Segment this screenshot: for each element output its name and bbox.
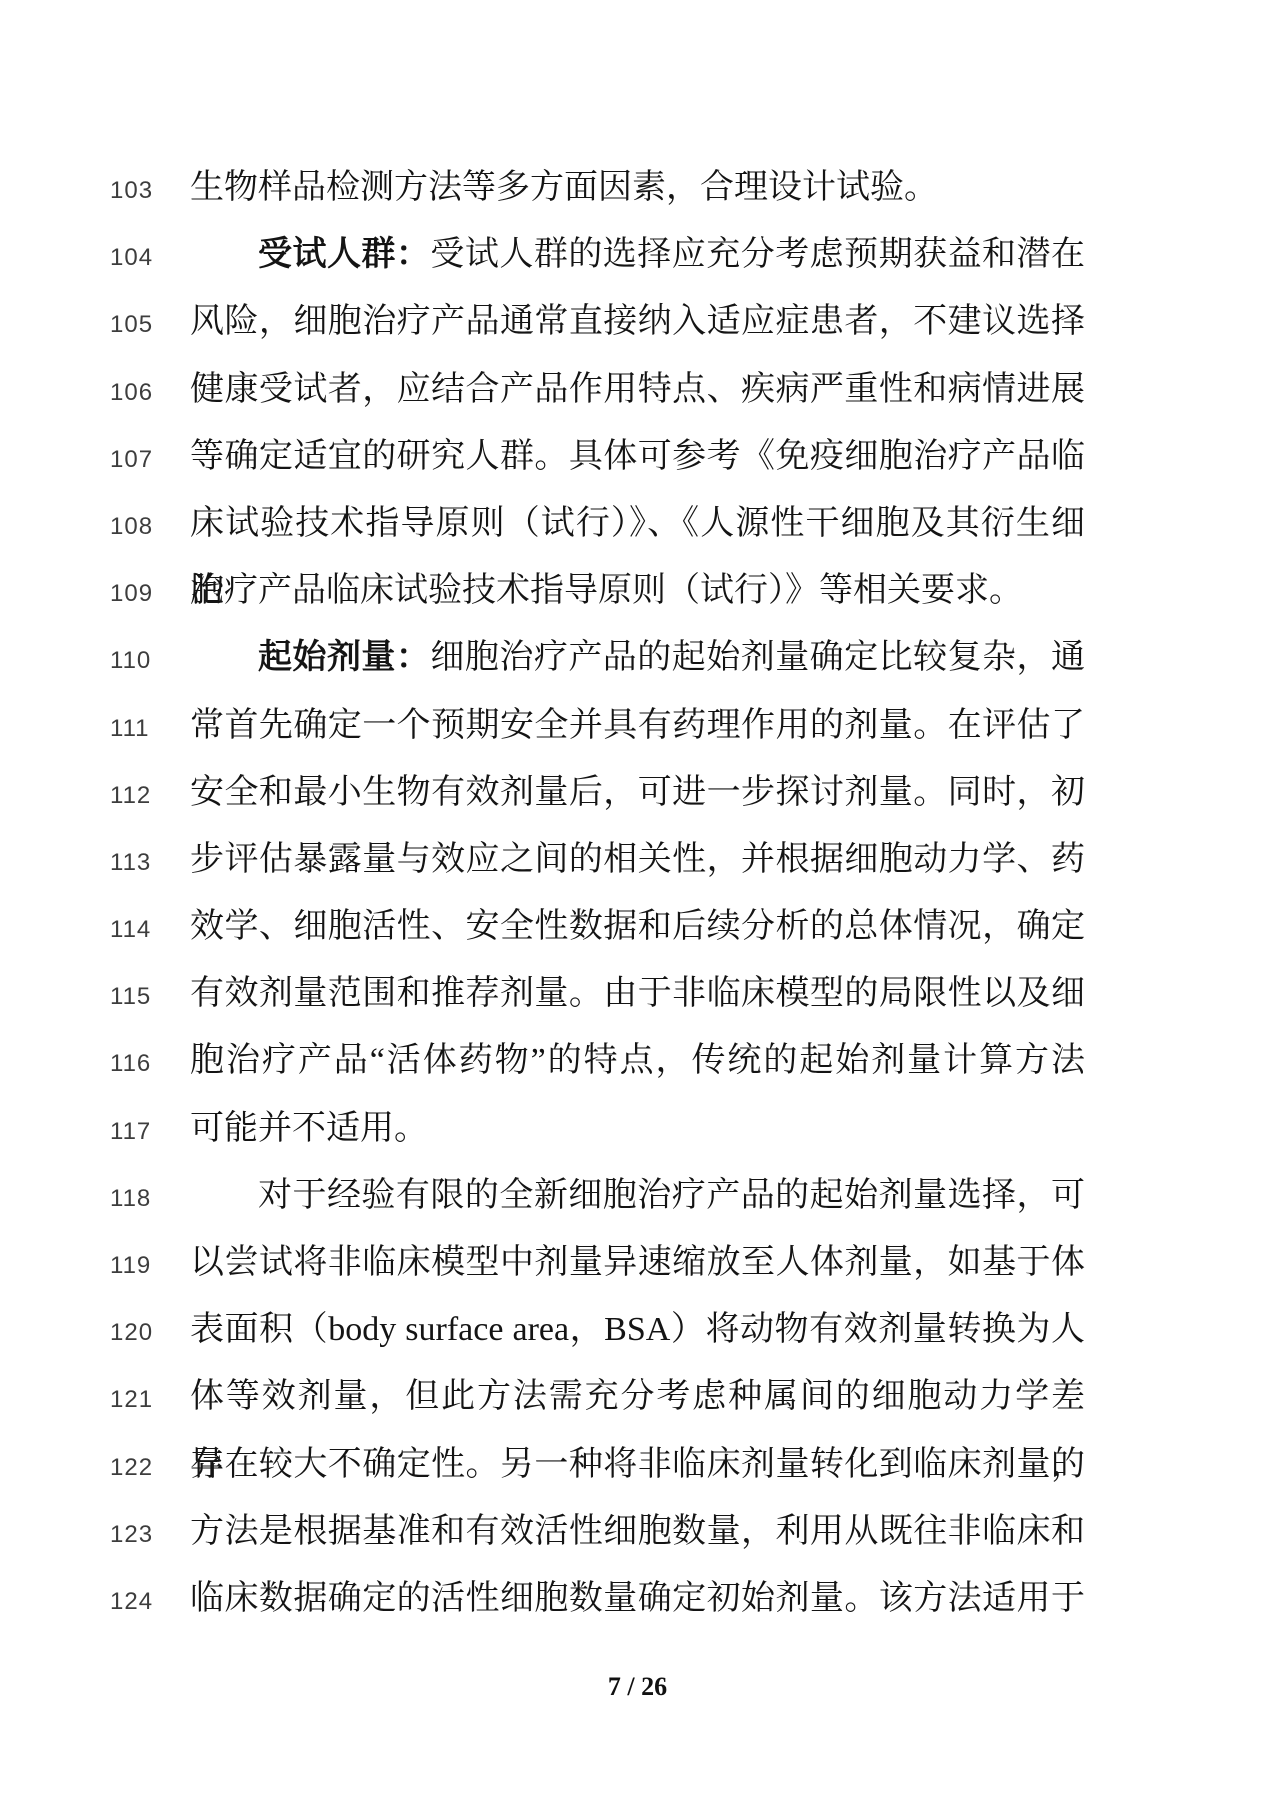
page-number-footer: 7 / 26 (190, 1672, 1085, 1702)
line-number: 104 (110, 224, 190, 291)
line-row: 117可能并不适用。 (110, 1095, 1170, 1162)
line-number: 119 (110, 1232, 190, 1299)
line-row: 114效学、细胞活性、安全性数据和后续分析的总体情况，确定 (110, 893, 1170, 960)
line-text: 方法是根据基准和有效活性细胞数量，利用从既往非临床和 (190, 1498, 1085, 1565)
line-number: 107 (110, 426, 190, 493)
line-text: 可能并不适用。 (190, 1095, 1085, 1162)
line-text-content: 临床数据确定的活性细胞数量确定初始剂量。该方法适用于 (190, 1580, 1085, 1617)
line-text-content: 细胞治疗产品的起始剂量确定比较复杂，通 (430, 639, 1085, 676)
line-text-content: 以尝试将非临床模型中剂量异速缩放至人体剂量，如基于体 (190, 1244, 1085, 1281)
line-text: 安全和最小生物有效剂量后，可进一步探讨剂量。同时，初 (190, 759, 1085, 826)
term-bold: 起始剂量： (258, 639, 430, 676)
line-number: 105 (110, 291, 190, 358)
line-number: 113 (110, 829, 190, 896)
line-text: 表面积（body surface area，BSA）将动物有效剂量转换为人 (190, 1296, 1085, 1363)
line-text-content: 存在较大不确定性。另一种将非临床剂量转化到临床剂量的 (190, 1446, 1085, 1483)
line-number: 103 (110, 157, 190, 224)
line-text-content: 胞治疗产品“活体药物”的特点，传统的起始剂量计算方法 (190, 1042, 1085, 1079)
line-row: 116胞治疗产品“活体药物”的特点，传统的起始剂量计算方法 (110, 1027, 1170, 1094)
line-text-content: 生物样品检测方法等多方面因素，合理设计试验。 (190, 169, 938, 206)
line-row: 115有效剂量范围和推荐剂量。由于非临床模型的局限性以及细 (110, 960, 1170, 1027)
line-row: 120表面积（body surface area，BSA）将动物有效剂量转换为人 (110, 1296, 1170, 1363)
line-text: 以尝试将非临床模型中剂量异速缩放至人体剂量，如基于体 (190, 1229, 1085, 1296)
line-row: 118对于经验有限的全新细胞治疗产品的起始剂量选择，可 (110, 1162, 1170, 1229)
line-text: 有效剂量范围和推荐剂量。由于非临床模型的局限性以及细 (190, 960, 1085, 1027)
line-text: 对于经验有限的全新细胞治疗产品的起始剂量选择，可 (190, 1162, 1085, 1229)
line-row: 105风险，细胞治疗产品通常直接纳入适应症患者，不建议选择 (110, 288, 1170, 355)
line-number: 118 (110, 1165, 190, 1232)
line-number: 121 (110, 1366, 190, 1433)
document-page: 103生物样品检测方法等多方面因素，合理设计试验。104受试人群：受试人群的选择… (0, 0, 1280, 1810)
line-text-content: 可能并不适用。 (190, 1110, 428, 1147)
line-row: 113步评估暴露量与效应之间的相关性，并根据细胞动力学、药 (110, 826, 1170, 893)
line-number: 112 (110, 762, 190, 829)
line-text-content: 有效剂量范围和推荐剂量。由于非临床模型的局限性以及细 (190, 975, 1085, 1012)
line-number: 114 (110, 896, 190, 963)
line-text: 起始剂量：细胞治疗产品的起始剂量确定比较复杂，通 (190, 624, 1085, 691)
line-text-content: 健康受试者，应结合产品作用特点、疾病严重性和病情进展 (190, 371, 1085, 408)
line-row: 122存在较大不确定性。另一种将非临床剂量转化到临床剂量的 (110, 1431, 1170, 1498)
line-text-content: 表面积（body surface area，BSA）将动物有效剂量转换为人 (190, 1311, 1085, 1348)
line-text: 步评估暴露量与效应之间的相关性，并根据细胞动力学、药 (190, 826, 1085, 893)
line-number: 111 (110, 695, 190, 762)
line-text: 效学、细胞活性、安全性数据和后续分析的总体情况，确定 (190, 893, 1085, 960)
line-row: 110起始剂量：细胞治疗产品的起始剂量确定比较复杂，通 (110, 624, 1170, 691)
line-text: 生物样品检测方法等多方面因素，合理设计试验。 (190, 154, 1085, 221)
line-text-content: 风险，细胞治疗产品通常直接纳入适应症患者，不建议选择 (190, 303, 1085, 340)
line-text-content: 安全和最小生物有效剂量后，可进一步探讨剂量。同时，初 (190, 774, 1085, 811)
line-text: 临床数据确定的活性细胞数量确定初始剂量。该方法适用于 (190, 1565, 1085, 1632)
line-text: 常首先确定一个预期安全并具有药理作用的剂量。在评估了 (190, 692, 1085, 759)
term-bold: 受试人群： (258, 236, 430, 273)
line-text: 胞治疗产品“活体药物”的特点，传统的起始剂量计算方法 (190, 1027, 1085, 1094)
line-row: 121体等效剂量，但此方法需充分考虑种属间的细胞动力学差异， (110, 1363, 1170, 1430)
line-number: 122 (110, 1434, 190, 1501)
line-row: 111常首先确定一个预期安全并具有药理作用的剂量。在评估了 (110, 692, 1170, 759)
line-text-content: 效学、细胞活性、安全性数据和后续分析的总体情况，确定 (190, 908, 1085, 945)
line-number: 116 (110, 1030, 190, 1097)
line-row: 124临床数据确定的活性细胞数量确定初始剂量。该方法适用于 (110, 1565, 1170, 1632)
line-text-content: 对于经验有限的全新细胞治疗产品的起始剂量选择，可 (258, 1177, 1085, 1214)
line-text: 存在较大不确定性。另一种将非临床剂量转化到临床剂量的 (190, 1431, 1085, 1498)
line-row: 107等确定适宜的研究人群。具体可参考《免疫细胞治疗产品临 (110, 423, 1170, 490)
line-text: 受试人群：受试人群的选择应充分考虑预期获益和潜在 (190, 221, 1085, 288)
line-number: 109 (110, 560, 190, 627)
line-text: 健康受试者，应结合产品作用特点、疾病严重性和病情进展 (190, 356, 1085, 423)
line-number: 115 (110, 963, 190, 1030)
line-number: 124 (110, 1568, 190, 1635)
line-text-content: 常首先确定一个预期安全并具有药理作用的剂量。在评估了 (190, 707, 1085, 744)
line-row: 112安全和最小生物有效剂量后，可进一步探讨剂量。同时，初 (110, 759, 1170, 826)
line-row: 109治疗产品临床试验技术指导原则（试行）》等相关要求。 (110, 557, 1170, 624)
line-row: 103生物样品检测方法等多方面因素，合理设计试验。 (110, 154, 1170, 221)
line-row: 106健康受试者，应结合产品作用特点、疾病严重性和病情进展 (110, 356, 1170, 423)
line-text-content: 步评估暴露量与效应之间的相关性，并根据细胞动力学、药 (190, 841, 1085, 878)
line-row: 119以尝试将非临床模型中剂量异速缩放至人体剂量，如基于体 (110, 1229, 1170, 1296)
line-number: 120 (110, 1299, 190, 1366)
line-row: 108床试验技术指导原则（试行）》、《人源性干细胞及其衍生细胞 (110, 490, 1170, 557)
document-body: 103生物样品检测方法等多方面因素，合理设计试验。104受试人群：受试人群的选择… (110, 154, 1170, 1632)
line-text-content: 方法是根据基准和有效活性细胞数量，利用从既往非临床和 (190, 1513, 1085, 1550)
line-text: 等确定适宜的研究人群。具体可参考《免疫细胞治疗产品临 (190, 423, 1085, 490)
line-row: 123方法是根据基准和有效活性细胞数量，利用从既往非临床和 (110, 1498, 1170, 1565)
line-text-content: 受试人群的选择应充分考虑预期获益和潜在 (430, 236, 1085, 273)
line-row: 104受试人群：受试人群的选择应充分考虑预期获益和潜在 (110, 221, 1170, 288)
line-text-content: 治疗产品临床试验技术指导原则（试行）》等相关要求。 (190, 572, 1023, 609)
line-number: 117 (110, 1098, 190, 1165)
line-number: 108 (110, 493, 190, 560)
line-text: 治疗产品临床试验技术指导原则（试行）》等相关要求。 (190, 557, 1085, 624)
line-number: 110 (110, 627, 190, 694)
line-text-content: 等确定适宜的研究人群。具体可参考《免疫细胞治疗产品临 (190, 438, 1085, 475)
line-number: 123 (110, 1501, 190, 1568)
line-text: 风险，细胞治疗产品通常直接纳入适应症患者，不建议选择 (190, 288, 1085, 355)
line-number: 106 (110, 359, 190, 426)
